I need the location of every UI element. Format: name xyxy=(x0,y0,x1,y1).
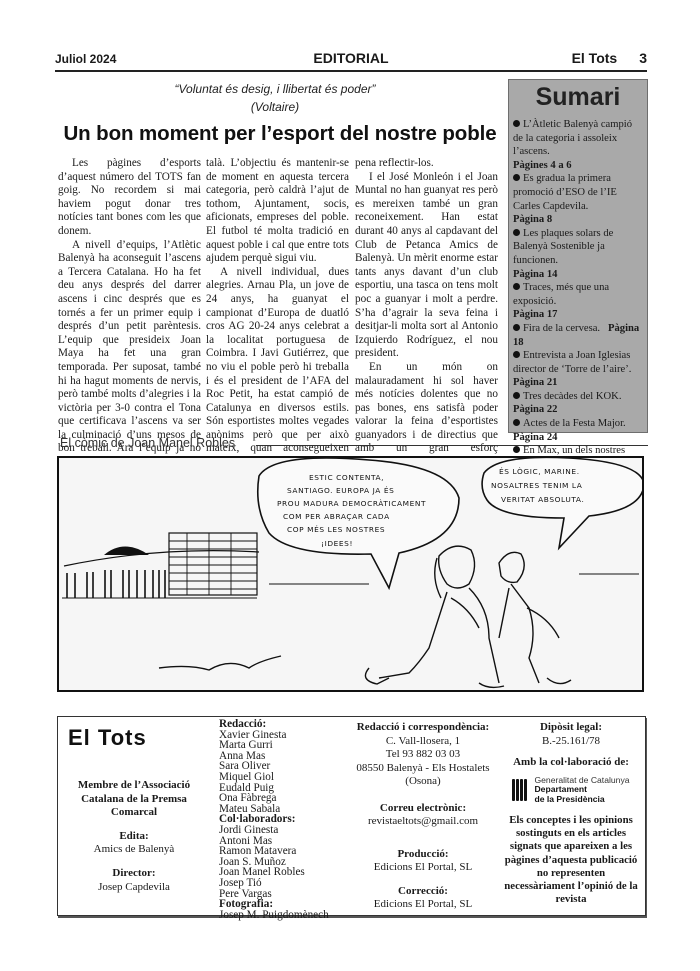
comic-illustration: ESTIC CONTENTA, SANTIAGO. EUROPA JA ÉS P… xyxy=(59,458,644,692)
production-heading: Producció: xyxy=(348,848,498,862)
publisher-label: Edita: xyxy=(58,830,210,844)
director-value: Josep Capdevila xyxy=(58,881,210,895)
svg-text:ÉS LÒGIC, MARINE.: ÉS LÒGIC, MARINE. xyxy=(499,467,580,476)
publication-logo: El Tots xyxy=(68,731,147,745)
membership-note: Membre de l’Associació Catalana de la Pr… xyxy=(58,779,210,820)
bullet-icon xyxy=(513,324,520,331)
toc-item[interactable]: Actes de la Festa Major.Pàgina 24 xyxy=(513,417,643,444)
article-column-1: Les pàgines d’esports d’aquest número de… xyxy=(58,157,201,483)
email-link[interactable]: revistaeltots@gmail.com xyxy=(348,815,498,829)
masthead-staff: Redacció: Xavier Ginesta Marta Gurri Ann… xyxy=(219,719,329,920)
staff-name: Jordi Ginesta xyxy=(219,825,329,836)
gencat-department: de la Presidència xyxy=(534,795,629,805)
phone: Tel 93 882 03 03 xyxy=(348,748,498,762)
publication-title: El Tots xyxy=(572,50,618,66)
quote-text: “Voluntat és desig, i llibertat és poder… xyxy=(60,80,490,98)
svg-text:SANTIAGO. EUROPA JA ÉS: SANTIAGO. EUROPA JA ÉS xyxy=(287,486,394,495)
disclaimer: Els conceptes i les opinions sostinguts … xyxy=(501,814,641,906)
production-value: Edicions El Portal, SL xyxy=(348,861,498,875)
toc-item[interactable]: Fira de la cervesa. Pàgina 18 xyxy=(513,322,643,349)
correction-heading: Correcció: xyxy=(348,885,498,899)
bullet-icon xyxy=(513,229,520,236)
bullet-icon xyxy=(513,392,520,399)
email-heading: Correu electrònic: xyxy=(348,802,498,816)
address-line: 08550 Balenyà - Els Hostalets xyxy=(348,762,498,776)
bullet-icon xyxy=(513,120,520,127)
bullet-icon xyxy=(513,283,520,290)
paragraph: pena reflectir-los. xyxy=(355,157,498,171)
page-header: Juliol 2024 EDITORIAL El Tots3 xyxy=(55,50,647,72)
comic-strip: ESTIC CONTENTA, SANTIAGO. EUROPA JA ÉS P… xyxy=(57,456,644,692)
bullet-icon xyxy=(513,446,520,453)
article-column-3: pena reflectir-los. I el José Monleón i … xyxy=(355,157,498,483)
toc-title: Sumari xyxy=(513,82,643,112)
paragraph: talà. L’objectiu és mantenir-se de momen… xyxy=(206,157,349,266)
svg-text:PROU MADURA DEMOCRÀTICAMENT: PROU MADURA DEMOCRÀTICAMENT xyxy=(277,499,426,508)
svg-text:VERITAT ABSOLUTA.: VERITAT ABSOLUTA. xyxy=(501,495,584,504)
masthead-legal: Dipòsit legal: B.-25.161/78 Amb la col·l… xyxy=(501,721,641,906)
bullet-icon xyxy=(513,351,520,358)
address-line: C. Vall-llosera, 1 xyxy=(348,735,498,749)
toc-item[interactable]: Tres decàdes del KOK.Pàgina 22 xyxy=(513,390,643,417)
article-column-2: talà. L’objectiu és mantenir-se de momen… xyxy=(206,157,349,470)
page-number: 3 xyxy=(639,50,647,66)
masthead-contact: Redacció i correspondència: C. Vall-llos… xyxy=(348,721,498,912)
toc-item[interactable]: Les plaques solars de Balenyà Sostenible… xyxy=(513,227,643,281)
bullet-icon xyxy=(513,174,520,181)
svg-text:ESTIC CONTENTA,: ESTIC CONTENTA, xyxy=(309,473,384,482)
toc-item[interactable]: Entrevista a Joan Iglesias director de ‘… xyxy=(513,349,643,390)
publication-name: El Tots3 xyxy=(572,50,647,66)
staff-name: Miquel Giol xyxy=(219,772,329,783)
svg-text:¡IDEES!: ¡IDEES! xyxy=(321,539,353,548)
legal-deposit-value: B.-25.161/78 xyxy=(501,735,641,749)
bullet-icon xyxy=(513,419,520,426)
section-title: EDITORIAL xyxy=(55,50,647,66)
quote-author: (Voltaire) xyxy=(60,98,490,116)
contact-heading: Redacció i correspondència: xyxy=(348,721,498,735)
article-title: Un bon moment per l’esport del nostre po… xyxy=(55,122,505,146)
bubble-right-text: ÉS LÒGIC, MARINE. NOSALTRES TENIM LA VER… xyxy=(491,467,584,504)
gencat-logo: Generalitat de Catalunya Departament de … xyxy=(501,776,641,805)
staff-name: Josep Tió xyxy=(219,878,329,889)
publisher-value: Amics de Balenyà xyxy=(58,843,210,857)
address-line: (Osona) xyxy=(348,775,498,789)
correction-value: Edicions El Portal, SL xyxy=(348,898,498,912)
toc-item[interactable]: L’Àtletic Balenyà campió de la categoria… xyxy=(513,118,643,172)
divider xyxy=(256,445,648,446)
collaboration-heading: Amb la col·laboració de: xyxy=(501,756,641,770)
svg-text:COM PER ABRAÇAR CADA: COM PER ABRAÇAR CADA xyxy=(283,512,390,521)
table-of-contents: Sumari L’Àtletic Balenyà campió de la ca… xyxy=(508,79,648,433)
paragraph: Les pàgines d’esports d’aquest número de… xyxy=(58,157,201,239)
comic-caption: El còmic de Joan Manel Robles xyxy=(60,436,235,450)
staff-heading: Redacció: xyxy=(219,719,329,730)
masthead: El Tots Membre de l’Associació Catalana … xyxy=(57,716,646,916)
paragraph: I el José Monleón i el Joan Muntal no ha… xyxy=(355,171,498,361)
toc-item[interactable]: Es gradua la primera promoció d’ESO de l… xyxy=(513,172,643,226)
epigraph: “Voluntat és desig, i llibertat és poder… xyxy=(60,80,490,116)
senyera-icon xyxy=(512,779,530,801)
toc-item[interactable]: Traces, més que una exposició.Pàgina 17 xyxy=(513,281,643,322)
svg-text:NOSALTRES TENIM LA: NOSALTRES TENIM LA xyxy=(491,481,582,490)
director-label: Director: xyxy=(58,867,210,881)
staff-name: Josep M. Puigdomènech xyxy=(219,910,329,921)
logo-tagline xyxy=(176,733,180,753)
legal-deposit-heading: Dipòsit legal: xyxy=(501,721,641,735)
svg-text:COP MÉS LES NOSTRES: COP MÉS LES NOSTRES xyxy=(287,525,385,534)
